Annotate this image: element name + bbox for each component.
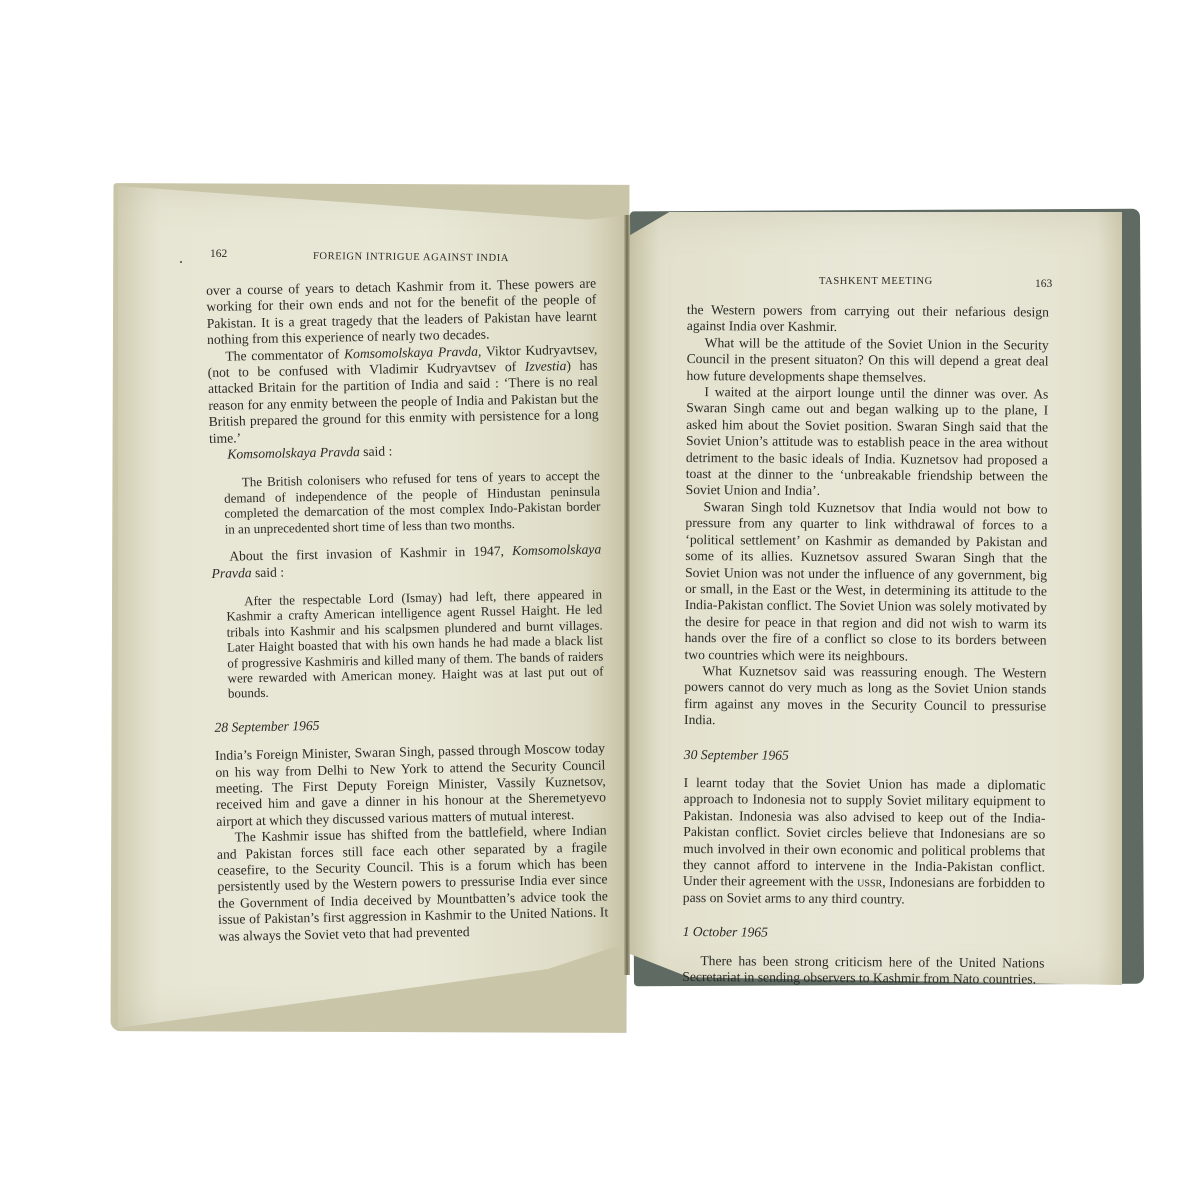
left-page-body: over a course of years to detach Kashmir… (206, 276, 609, 945)
paragraph: India’s Foreign Minister, Swaran Singh, … (215, 741, 607, 831)
paragraph: What will be the attitude of the Soviet … (686, 335, 1048, 387)
date-heading: 1 October 1965 (683, 924, 1045, 943)
speck (180, 261, 182, 263)
block-quote: The British colonisers who refused for t… (224, 468, 601, 537)
paragraph: Swaran Singh told Kuznetsov that India w… (684, 499, 1047, 666)
right-running-head: TASHKENT MEETING (819, 276, 933, 287)
paragraph: the Western powers from carrying out the… (687, 302, 1049, 337)
paragraph: The Kashmir issue has shifted from the b… (217, 823, 609, 945)
right-page-number: 163 (1035, 278, 1052, 290)
paragraph: About the first invasion of Kashmir in 1… (211, 542, 602, 582)
right-page-body: the Western powers from carrying out the… (682, 302, 1049, 988)
open-book: 162 FOREIGN INTRIGUE AGAINST INDIA TASHK… (0, 0, 1200, 1200)
block-quote: After the respectable Lord (Ismay) had l… (226, 586, 604, 701)
paragraph: The commentator of Komsomolskaya Pravda,… (207, 341, 599, 447)
left-page-number: 162 (210, 248, 227, 260)
paragraph: I learnt today that the Soviet Union has… (683, 775, 1046, 909)
paragraph: There has been strong criticism here of … (682, 953, 1044, 988)
book-gutter (624, 215, 630, 975)
paragraph: over a course of years to detach Kashmir… (206, 276, 597, 349)
date-heading: 30 September 1965 (684, 747, 1046, 766)
paragraph: I waited at the airport lounge until the… (686, 384, 1049, 501)
date-heading: 28 September 1965 (214, 712, 604, 736)
paragraph: What Kuznetsov said was reassuring enoug… (684, 663, 1046, 731)
left-running-head: FOREIGN INTRIGUE AGAINST INDIA (313, 251, 509, 264)
